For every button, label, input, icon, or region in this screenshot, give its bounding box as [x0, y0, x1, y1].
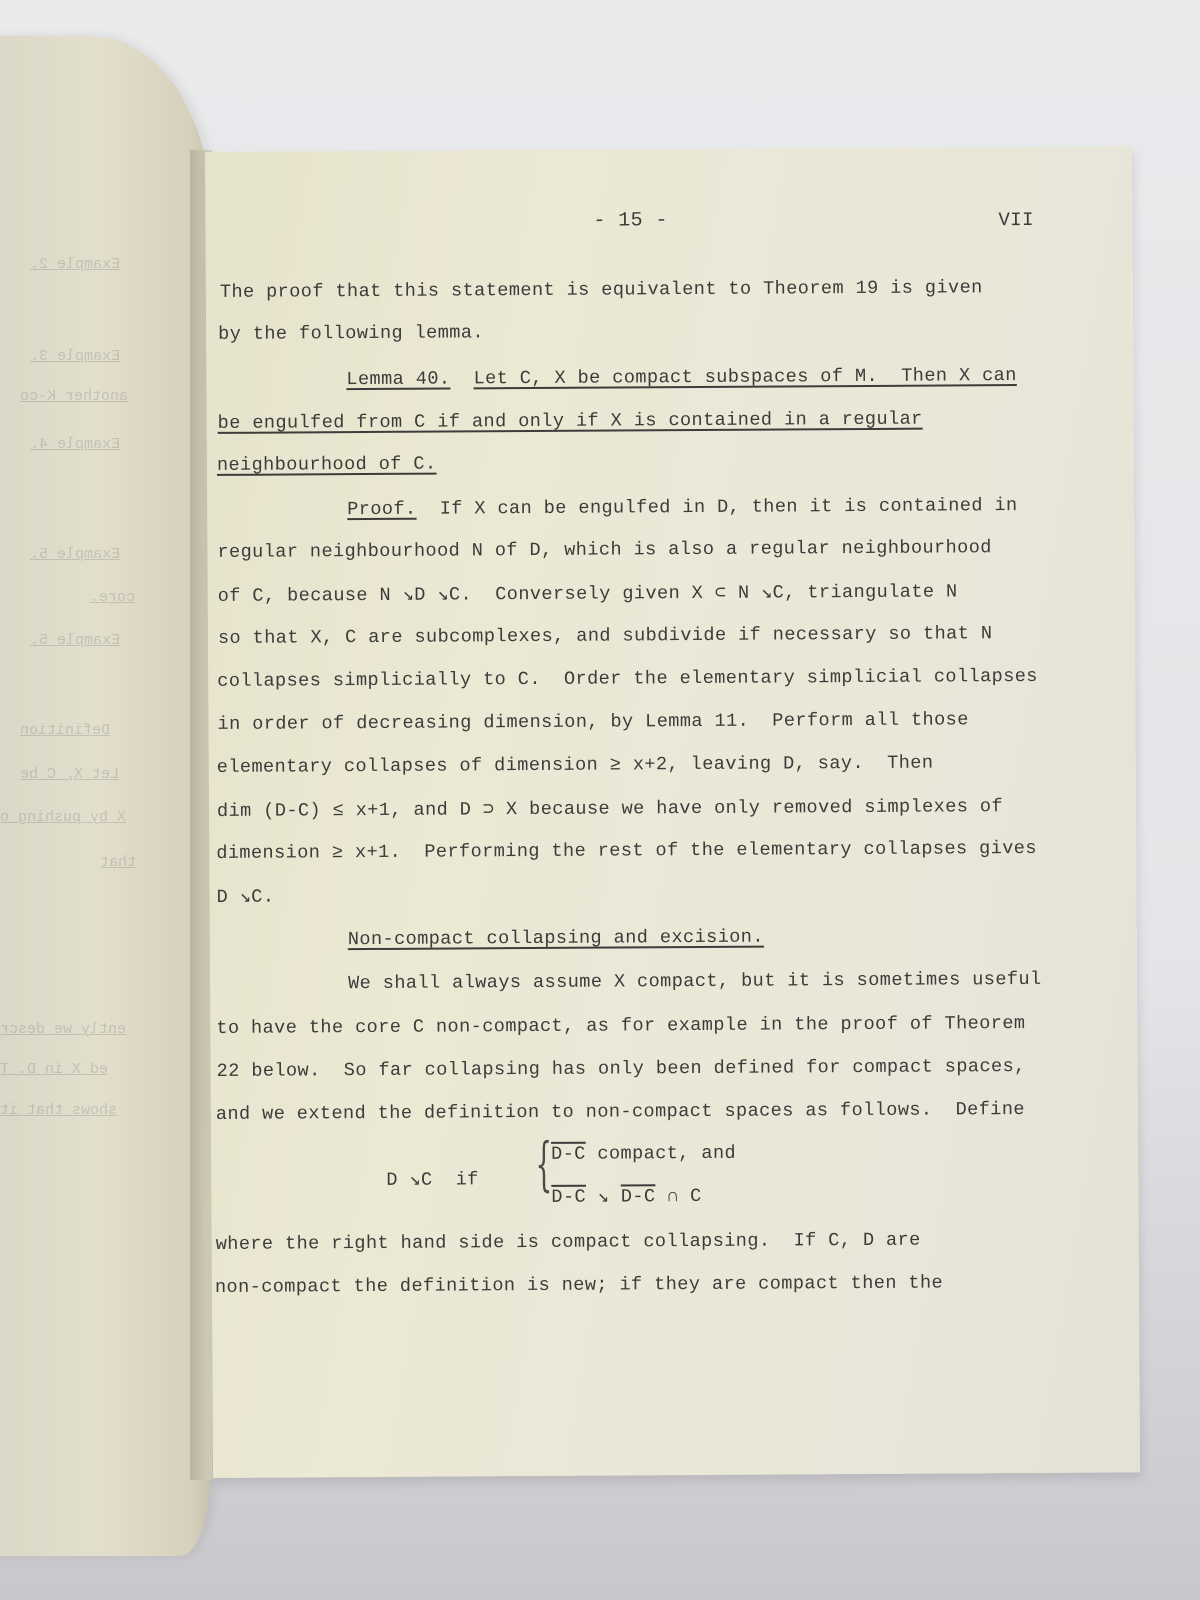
- case-text: ∩ C: [655, 1186, 701, 1207]
- lemma-title: Lemma 40.: [346, 369, 450, 391]
- collapse-arrow: ↘: [586, 1186, 621, 1207]
- definition-lhs: D ↘C if: [386, 1168, 479, 1191]
- page-number: - 15 -: [593, 209, 668, 232]
- bleed-text: Definition: [20, 722, 110, 739]
- proof-line: dimension ≥ x+1. Performing the rest of …: [216, 838, 1037, 864]
- bleed-text: Example 3.: [30, 348, 120, 365]
- bleed-text: ed X in D. T: [0, 1061, 108, 1078]
- closing-line: where the right hand side is compact col…: [216, 1230, 921, 1255]
- page-content: - 15 - VII The proof that this statement…: [205, 146, 1140, 1478]
- lemma-text: Let C, X be compact subspaces of M. Then…: [473, 365, 1016, 389]
- bleed-text: shows that it: [0, 1102, 117, 1119]
- bleed-text: Let X, C be: [20, 766, 119, 783]
- proof-title: Proof.: [347, 499, 416, 520]
- section-line: to have the core C non-compact, as for e…: [216, 1013, 1025, 1039]
- section-line: and we extend the definition to non-comp…: [216, 1099, 1025, 1125]
- left-page: Example 2. Example 3. another K-co Examp…: [0, 36, 210, 1556]
- closure-term: D-C: [551, 1187, 586, 1208]
- proof-line: so that X, C are subcomplexes, and subdi…: [218, 623, 993, 649]
- bleed-text: that: [100, 854, 136, 871]
- bleed-text: Example 4.: [30, 436, 120, 453]
- case-text: compact, and: [586, 1143, 736, 1165]
- bleed-text: X by pushing o: [0, 809, 126, 826]
- intro-line: The proof that this statement is equival…: [220, 277, 983, 303]
- bleed-text: Example 5.: [30, 546, 120, 563]
- proof-line: dim (D-C) ≤ x+1, and D ⊃ X because we ha…: [217, 795, 1003, 822]
- bleed-text: another K-co: [20, 388, 128, 405]
- intro-line: by the following lemma.: [218, 322, 484, 345]
- typed-page: - 15 - VII The proof that this statement…: [205, 146, 1140, 1478]
- bleed-text: Example 2.: [30, 256, 120, 273]
- lemma-line: neighbourhood of C.: [217, 454, 437, 476]
- bleed-text: ently we descr: [0, 1021, 126, 1038]
- lemma-line: Lemma 40. Let C, X be compact subspaces …: [346, 365, 1017, 390]
- proof-line: Proof. If X can be engulfed in D, then i…: [347, 495, 1018, 520]
- section-line: We shall always assume X compact, but it…: [348, 969, 1042, 994]
- proof-line: collapses simplicially to C. Order the e…: [217, 666, 1038, 692]
- left-brace-icon: {: [535, 1135, 552, 1193]
- closing-line: non-compact the definition is new; if th…: [215, 1273, 943, 1298]
- definition-formula: D ↘C if { D-C compact, and D-C ↘ D-C ∩ C: [205, 146, 1132, 152]
- closure-term: D-C: [621, 1186, 656, 1207]
- definition-case-1: D-C compact, and: [551, 1143, 736, 1165]
- section-line: 22 below. So far collapsing has only bee…: [217, 1056, 1026, 1082]
- proof-line: in order of decreasing dimension, by Lem…: [217, 709, 968, 735]
- closure-term: D-C: [551, 1144, 586, 1165]
- proof-line: elementary collapses of dimension ≥ x+2,…: [217, 753, 934, 778]
- bleed-text: core.: [90, 589, 135, 606]
- proof-line: of C, because N ↘D ↘C. Conversely given …: [218, 580, 958, 607]
- proof-line: D ↘C.: [216, 886, 274, 908]
- proof-text: If X can be engulfed in D, then it is co…: [416, 495, 1017, 520]
- bleed-text: Example 5.: [30, 632, 120, 649]
- chapter-label: VII: [998, 209, 1034, 231]
- section-heading: Non-compact collapsing and excision.: [348, 927, 764, 951]
- lemma-line: be engulfed from C if and only if X is c…: [218, 409, 923, 434]
- definition-case-2: D-C ↘ D-C ∩ C: [551, 1185, 701, 1208]
- proof-line: regular neighbourhood N of D, which is a…: [217, 537, 992, 563]
